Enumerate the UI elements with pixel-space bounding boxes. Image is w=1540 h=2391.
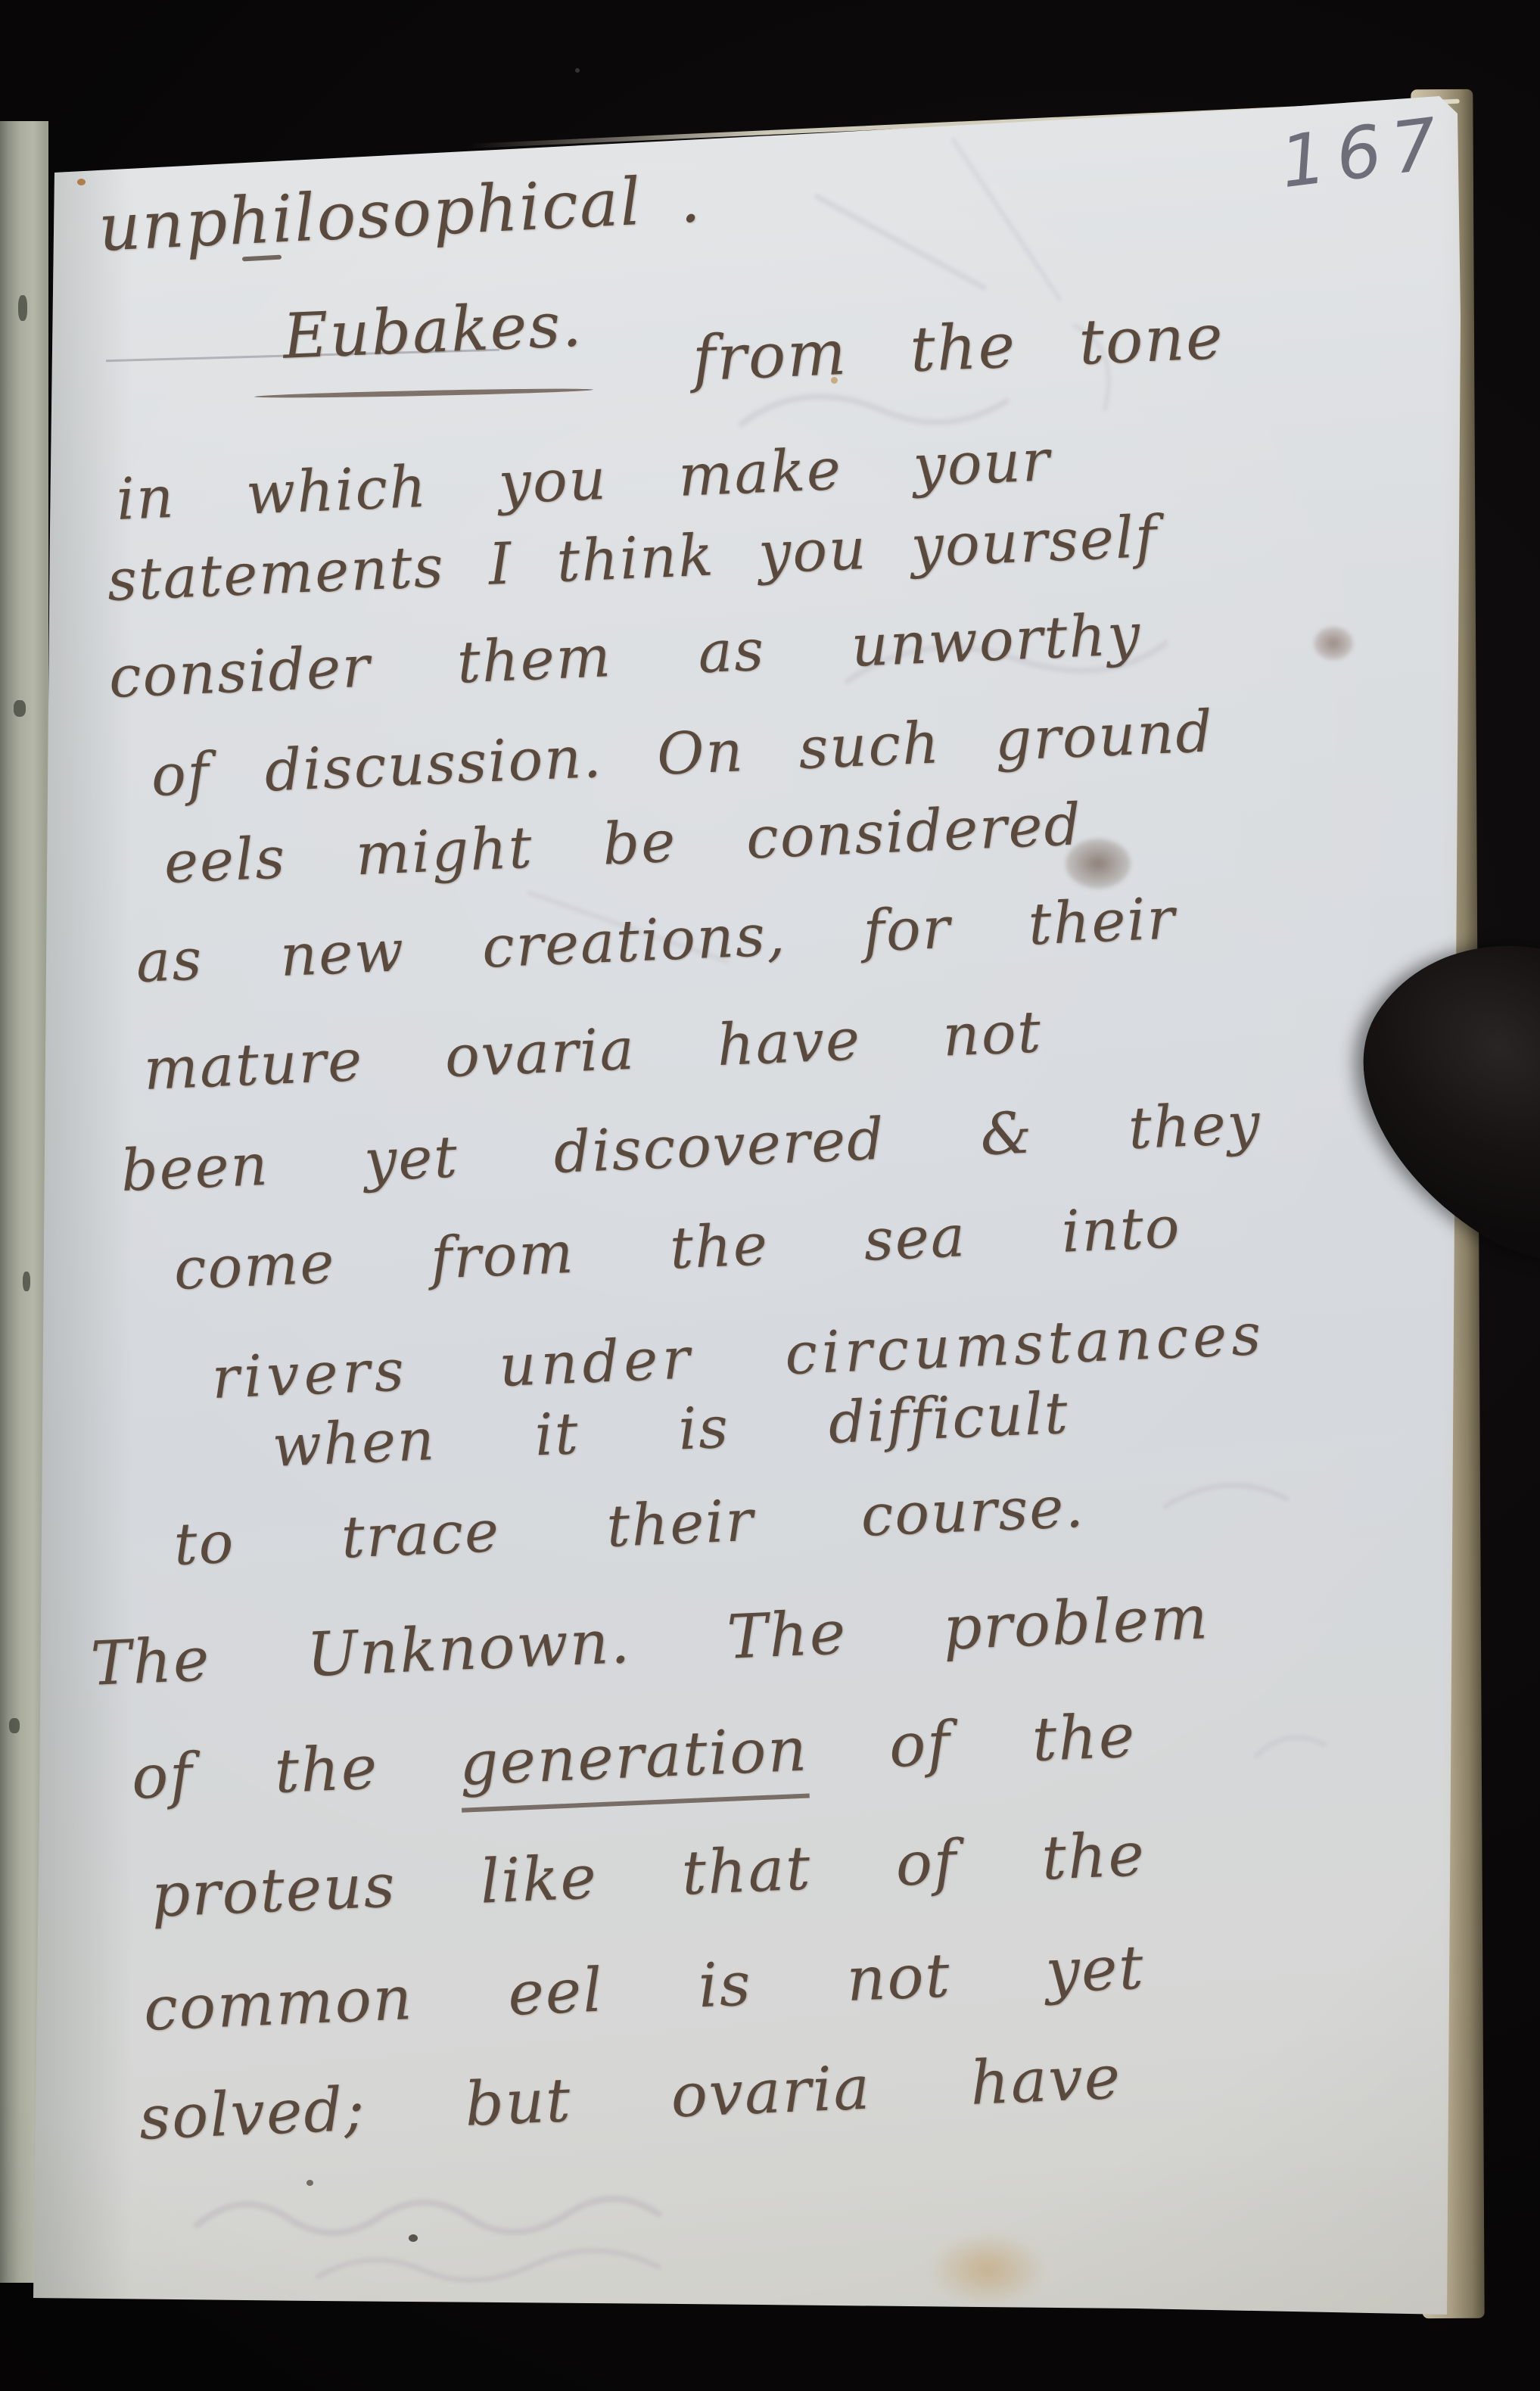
paper-speck [409, 2234, 418, 2242]
section-heading-word: Eubakes. [282, 288, 584, 373]
underlined-word: generation [458, 1714, 810, 1813]
paper-speck [306, 2180, 313, 2186]
photographed-notebook-page: 167 unphilosophical . Eubakes. from the … [0, 0, 1540, 2391]
paper-speck [77, 179, 86, 185]
line-text: of the [130, 1732, 380, 1813]
ink-smudge [1314, 627, 1353, 660]
paper-stain [927, 2231, 1048, 2307]
dust-speck [575, 68, 580, 73]
line-text: of the [888, 1700, 1137, 1781]
